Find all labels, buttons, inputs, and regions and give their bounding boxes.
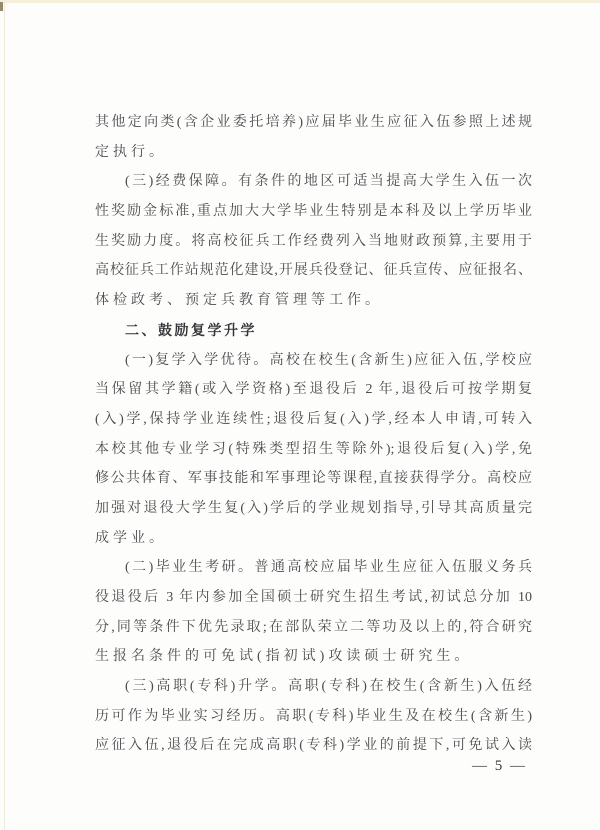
text-line: 本校其他专业学习(特殊类型招生等除外);退役后复(入)学,免 (95, 435, 532, 465)
text-line: 定执行。 (95, 138, 532, 168)
text-line: 体检政考、预定兵教育管理等工作。 (95, 286, 532, 316)
scan-edge-top (0, 0, 600, 3)
text-line: 历可作为毕业实习经历。高职(专科)毕业生及在校生(含新生) (95, 702, 532, 732)
text-line: 役退役后 3 年内参加全国硕士研究生招生考试,初试总分加 10 (95, 583, 532, 613)
text-line: (入)学,保持学业连续性;退役后复(入)学,经本人申请,可转入 (95, 405, 532, 435)
text-line: 当保留其学籍(或入学资格)至退役后 2 年,退役后可按学期复 (95, 375, 532, 405)
text-line: 其他定向类(含企业委托培养)应届毕业生应征入伍参照上述规 (95, 108, 532, 138)
text-line: 高校征兵工作站规范化建设,开展兵役登记、征兵宣传、应征报名、 (95, 256, 532, 286)
text-line: 性奖励金标准,重点加大大学毕业生特别是本科及以上学历毕业 (95, 197, 532, 227)
text-line: 分,同等条件下优先录取;在部队荣立二等功及以上的,符合研究 (95, 613, 532, 643)
scan-corner-speck (0, 2, 3, 11)
text-line: (三)经费保障。有条件的地区可适当提高大学生入伍一次 (95, 167, 532, 197)
document-text-block: 其他定向类(含企业委托培养)应届毕业生应征入伍参照上述规定执行。(三)经费保障。… (95, 108, 532, 761)
text-line: 修公共体育、军事技能和军事理论等课程,直接获得学分。高校应 (95, 464, 532, 494)
text-line: 二、鼓励复学升学 (95, 316, 532, 346)
text-line: 生报名条件的可免试(指初试)攻读硕士研究生。 (95, 642, 532, 672)
text-line: 加强对退役大学生复(入)学后的学业规划指导,引导其高质量完 (95, 494, 532, 524)
text-line: 生奖励力度。将高校征兵工作经费列入当地财政预算,主要用于 (95, 227, 532, 257)
page-number: — 5 — (95, 755, 532, 777)
scan-edge-left (4, 0, 5, 830)
text-line: (三)高职(专科)升学。高职(专科)在校生(含新生)入伍经 (95, 672, 532, 702)
scanned-document-page: 其他定向类(含企业委托培养)应届毕业生应征入伍参照上述规定执行。(三)经费保障。… (0, 0, 600, 830)
text-line: (二)毕业生考研。普通高校应届毕业生应征入伍服义务兵 (95, 553, 532, 583)
text-line: 成学业。 (95, 524, 532, 554)
text-line: (一)复学入学优待。高校在校生(含新生)应征入伍,学校应 (95, 346, 532, 376)
